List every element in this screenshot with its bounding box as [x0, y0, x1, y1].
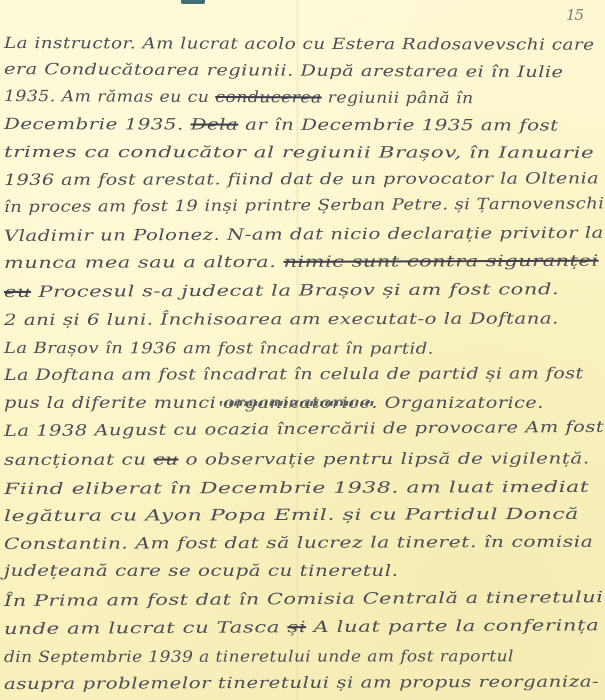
text-segment: era Conducătoarea regiunii. După arestar… [4, 60, 564, 81]
text-segment: regiunii până în [322, 88, 474, 107]
page-number: 15 [566, 6, 583, 24]
text-line: La instructor. Am lucrat acolo cu Estera… [4, 34, 595, 54]
binder-mark [181, 0, 205, 4]
scribbled-text: organizatorice [223, 394, 371, 412]
text-segment: Vladimir un Polonez. N-am dat nicio decl… [4, 224, 604, 245]
text-segment: trimes ca conducător al regiunii Brașov,… [4, 143, 594, 162]
text-segment: La instructor. Am lucrat acolo cu Estera… [4, 34, 595, 54]
text-segment: A luat parte la conferința [306, 616, 600, 636]
text-line: Constantin. Am fost dat să lucrez la tin… [4, 533, 593, 553]
text-segment: sancționat cu [4, 451, 154, 469]
text-line: județeană care se ocupă cu tineretul. [4, 562, 398, 580]
text-line: era Conducătoarea regiunii. După arestar… [4, 60, 564, 81]
text-segment: ar în Decembrie 1935 am fost [238, 116, 558, 135]
text-line: munca mea sau a altora. nimic sunt contr… [4, 252, 599, 272]
text-line: unde am lucrat cu Tasca și A luat parte … [4, 616, 600, 638]
text-segment: La Brașov în 1936 am fost încadrat în pa… [4, 339, 434, 358]
struck-text: nimic sunt contra siguranței [283, 252, 598, 271]
text-segment: o observație pentru lipsă de vigilență. [179, 449, 590, 468]
text-line: din Septembrie 1939 a tineretului unde a… [4, 647, 514, 666]
text-segment: 1935. Am rămas eu cu [4, 87, 215, 106]
text-segment: La Doftana am fost încadrat în celula de… [4, 364, 584, 384]
text-segment: pus la diferite munci [4, 394, 223, 412]
text-line: Vladimir un Polonez. N-am dat nicio decl… [4, 224, 604, 245]
text-segment: Decembrie 1935. [4, 115, 191, 134]
text-segment: legătura cu Ayon Popa Emil. și cu Partid… [4, 505, 579, 525]
text-line: Decembrie 1935. Dela ar în Decembrie 193… [4, 115, 559, 135]
text-segment: din Septembrie 1939 a tineretului unde a… [4, 647, 514, 666]
text-line: La Brașov în 1936 am fost încadrat în pa… [4, 339, 434, 358]
text-line: pus la diferite munci organizatorice. Or… [4, 394, 544, 412]
text-line: în proces am fost 19 inși printre Șerban… [4, 194, 605, 216]
text-segment: Procesul s-a judecat la Brașov și am fos… [31, 280, 559, 301]
struck-text: și [287, 618, 306, 636]
text-line: 1936 am fost arestat. fiind dat de un pr… [4, 169, 599, 189]
text-line: sancționat cu cu o observație pentru lip… [4, 449, 590, 469]
text-segment: unde am lucrat cu Tasca [4, 618, 288, 638]
text-line: eu Procesul s-a judecat la Brașov și am … [4, 280, 559, 301]
struck-text: Dela [191, 116, 239, 134]
text-segment: . Organizatorice. [371, 394, 543, 412]
text-segment: munca mea sau a altora. [4, 253, 284, 272]
text-segment: 2 ani și 6 luni. Închisoarea am executat… [4, 309, 559, 329]
text-line: asupra problemelor tineretului și am pro… [4, 673, 599, 693]
text-segment: Constantin. Am fost dat să lucrez la tin… [4, 533, 593, 553]
text-line: La Doftana am fost încadrat în celula de… [4, 364, 584, 384]
text-line: 2 ani și 6 luni. Închisoarea am executat… [4, 309, 559, 329]
text-segment: în proces am fost 19 inși printre Șerban… [4, 194, 605, 216]
text-segment: 1936 am fost arestat. fiind dat de un pr… [4, 169, 599, 189]
text-segment: județeană care se ocupă cu tineretul. [4, 562, 398, 580]
text-line: 1935. Am rămas eu cu conducerea regiunii… [4, 87, 474, 107]
text-segment: Fiind eliberat în Decembrie 1938. am lua… [4, 478, 589, 498]
text-line: trimes ca conducător al regiunii Brașov,… [4, 143, 594, 162]
struck-text: eu [4, 283, 31, 301]
text-line: Fiind eliberat în Decembrie 1938. am lua… [4, 478, 589, 498]
text-line: legătura cu Ayon Popa Emil. și cu Partid… [4, 505, 579, 525]
text-segment: asupra problemelor tineretului și am pro… [4, 673, 599, 693]
struck-text: conducerea [215, 88, 322, 107]
struck-text: cu [153, 451, 178, 469]
